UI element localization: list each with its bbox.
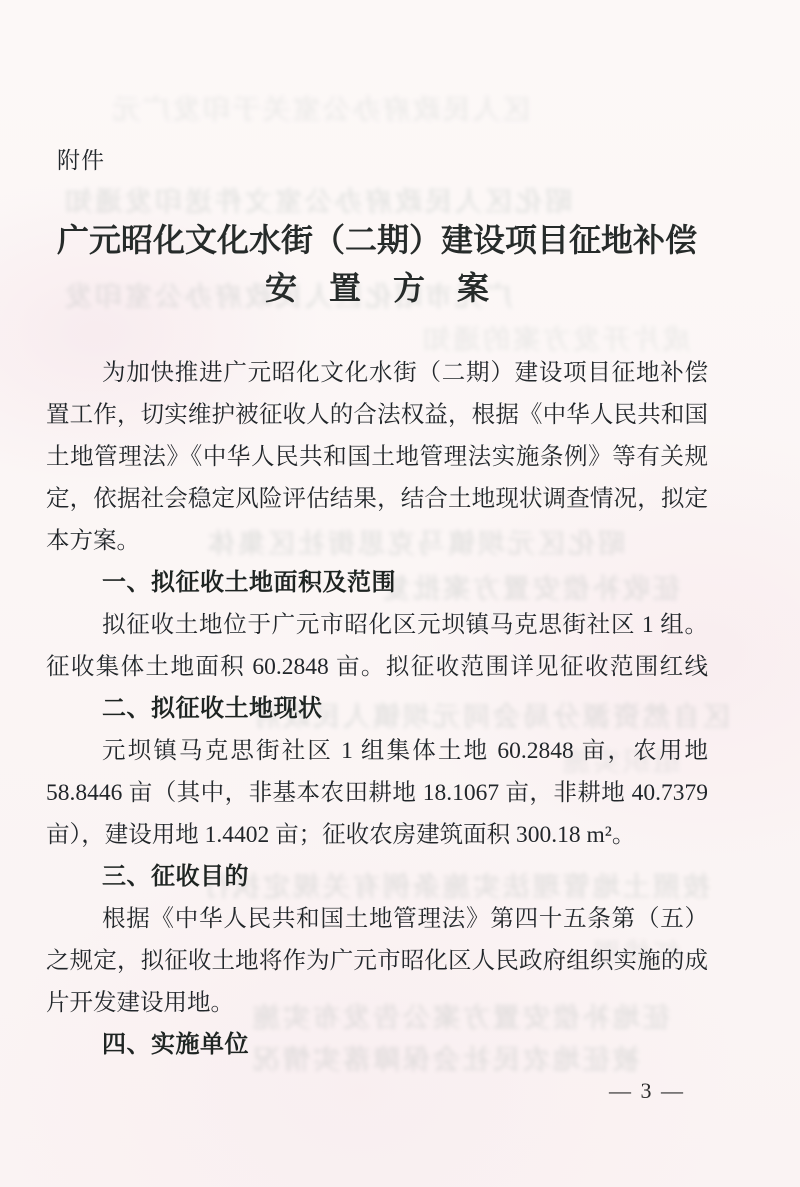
- document-body: 为加快推进广元昭化文化水街（二期）建设项目征地补偿安 置工作，切实维护被征收人的…: [46, 352, 708, 1066]
- section-heading-4: 四、实施单位: [46, 1024, 708, 1066]
- attachment-label: 附件: [57, 142, 105, 175]
- body-line: 为加快推进广元昭化文化水街（二期）建设项目征地补偿安: [46, 352, 708, 394]
- scanned-document-page: 区人民政府办公室关于印发广元 昭化区人民政府办公室文件送印发通知 广元市昭化区人…: [0, 0, 800, 1187]
- body-line: 58.8446 亩（其中，非基本农田耕地 18.1067 亩，非耕地 40.73…: [46, 772, 708, 814]
- body-line: 根据《中华人民共和国土地管理法》第四十五条第（五）项: [46, 898, 708, 940]
- bleedthrough-smudge: 昭化区人民政府办公室文件送印发通知: [62, 180, 572, 219]
- body-line: 土地管理法》《中华人民共和国土地管理法实施条例》等有关规: [46, 436, 708, 478]
- page-number: — 3 —: [597, 1078, 697, 1104]
- body-line: 元坝镇马克思街社区 1 组集体土地 60.2848 亩，农用地: [46, 730, 708, 772]
- document-title-line2: 安置方案: [46, 268, 708, 308]
- body-line: 亩），建设用地 1.4402 亩；征收农房建筑面积 300.18 m²。: [46, 814, 708, 856]
- body-line: 定，依据社会稳定风险评估结果，结合土地现状调查情况，拟定: [46, 478, 708, 520]
- section-heading-3: 三、征收目的: [46, 856, 708, 898]
- body-line: 拟征收土地位于广元市昭化区元坝镇马克思街社区 1 组。拟: [46, 604, 708, 646]
- bleedthrough-smudge: 区人民政府办公室关于印发广元: [110, 88, 530, 127]
- body-line: 片开发建设用地。: [46, 982, 708, 1024]
- document-title-line1: 广元昭化文化水街（二期）建设项目征地补偿: [46, 218, 708, 262]
- body-line: 征收集体土地面积 60.2848 亩。拟征收范围详见征收范围红线图。: [46, 646, 708, 688]
- body-line: 之规定，拟征收土地将作为广元市昭化区人民政府组织实施的成: [46, 940, 708, 982]
- body-line: 置工作，切实维护被征收人的合法权益，根据《中华人民共和国: [46, 394, 708, 436]
- section-heading-1: 一、拟征收土地面积及范围: [46, 562, 708, 604]
- document-title: 广元昭化文化水街（二期）建设项目征地补偿 安置方案: [46, 218, 708, 308]
- body-line: 本方案。: [46, 520, 708, 562]
- section-heading-2: 二、拟征收土地现状: [46, 688, 708, 730]
